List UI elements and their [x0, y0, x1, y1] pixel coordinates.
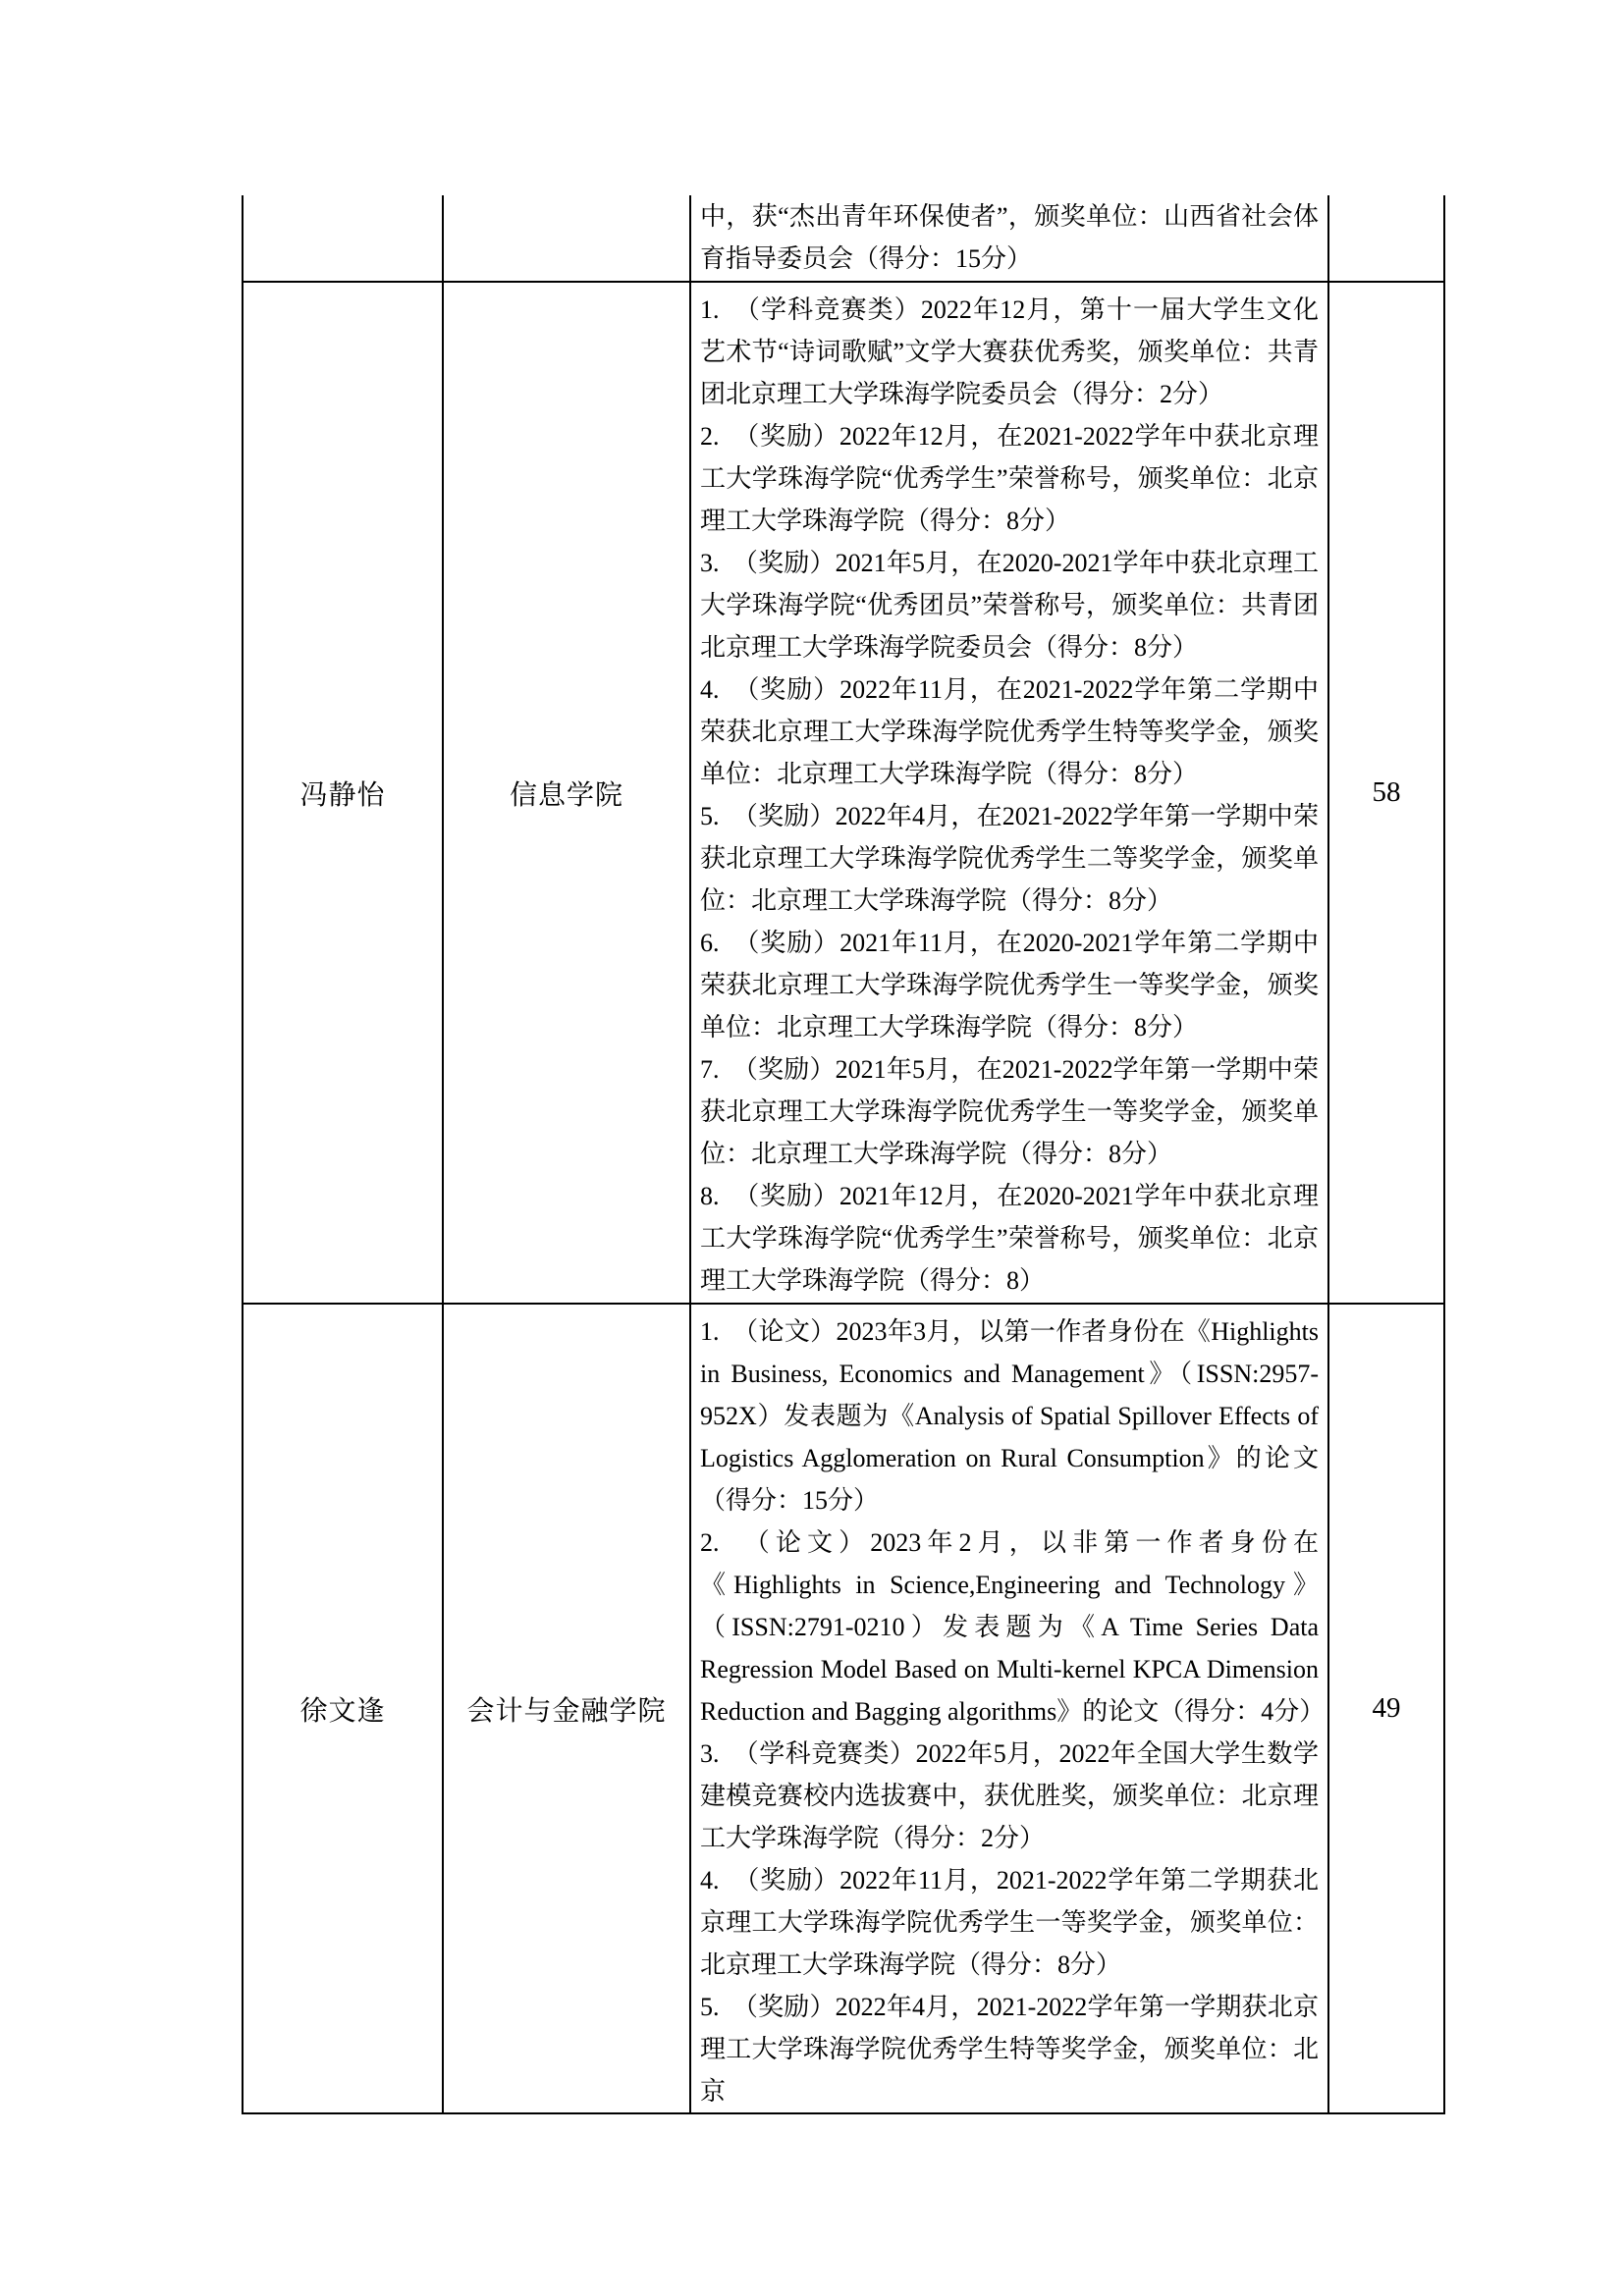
- achievement-item: 7. （奖励）2021年5月，在2021-2022学年第一学期中荣获北京理工大学…: [700, 1048, 1319, 1175]
- content-cell: 1. （论文）2023年3月，以第一作者身份在《Highlights in Bu…: [690, 1304, 1328, 2113]
- achievement-item: 4. （奖励）2022年11月，2021-2022学年第二学期获北京理工大学珠海…: [700, 1859, 1319, 1986]
- achievement-item: 5. （奖励）2022年4月，2021-2022学年第一学期获北京理工大学珠海学…: [700, 1986, 1319, 2112]
- achievement-item: 中，获“杰出青年环保使者”，颁奖单位：山西省社会体育指导委员会（得分：15分）: [700, 195, 1319, 280]
- name-cell: 徐文逢: [243, 1304, 443, 2113]
- score-cell: 49: [1328, 1304, 1444, 2113]
- achievement-item: 8. （奖励）2021年12月，在2020-2021学年中获北京理工大学珠海学院…: [700, 1175, 1319, 1302]
- achievement-item: 2. （论文）2023年2月，以非第一作者身份在《Highlights in S…: [700, 1522, 1319, 1733]
- table-row: 冯静怡 信息学院 1. （学科竞赛类）2022年12月，第十一届大学生文化艺术节…: [243, 282, 1444, 1304]
- score-cell: 58: [1328, 282, 1444, 1304]
- achievement-item: 6. （奖励）2021年11月，在2020-2021学年第二学期中荣获北京理工大…: [700, 922, 1319, 1048]
- college-cell: 会计与金融学院: [443, 1304, 690, 2113]
- score-cell: [1328, 195, 1444, 282]
- content-cell: 中，获“杰出青年环保使者”，颁奖单位：山西省社会体育指导委员会（得分：15分）: [690, 195, 1328, 282]
- achievement-item: 2. （奖励）2022年12月，在2021-2022学年中获北京理工大学珠海学院…: [700, 415, 1319, 542]
- name-cell: [243, 195, 443, 282]
- achievement-item: 1. （学科竞赛类）2022年12月，第十一届大学生文化艺术节“诗词歌赋”文学大…: [700, 289, 1319, 415]
- document-page: 中，获“杰出青年环保使者”，颁奖单位：山西省社会体育指导委员会（得分：15分） …: [0, 0, 1624, 2296]
- achievement-item: 5. （奖励）2022年4月，在2021-2022学年第一学期中荣获北京理工大学…: [700, 795, 1319, 922]
- achievement-item: 3. （学科竞赛类）2022年5月，2022年全国大学生数学建模竞赛校内选拔赛中…: [700, 1733, 1319, 1859]
- table-row: 徐文逢 会计与金融学院 1. （论文）2023年3月，以第一作者身份在《High…: [243, 1304, 1444, 2113]
- content-cell: 1. （学科竞赛类）2022年12月，第十一届大学生文化艺术节“诗词歌赋”文学大…: [690, 282, 1328, 1304]
- achievement-item: 1. （论文）2023年3月，以第一作者身份在《Highlights in Bu…: [700, 1310, 1319, 1522]
- achievement-item: 4. （奖励）2022年11月，在2021-2022学年第二学期中荣获北京理工大…: [700, 668, 1319, 795]
- name-cell: 冯静怡: [243, 282, 443, 1304]
- achievement-item: 3. （奖励）2021年5月，在2020-2021学年中获北京理工大学珠海学院“…: [700, 542, 1319, 668]
- table-row: 中，获“杰出青年环保使者”，颁奖单位：山西省社会体育指导委员会（得分：15分）: [243, 195, 1444, 282]
- college-cell: 信息学院: [443, 282, 690, 1304]
- college-cell: [443, 195, 690, 282]
- achievement-table: 中，获“杰出青年环保使者”，颁奖单位：山西省社会体育指导委员会（得分：15分） …: [242, 195, 1445, 2114]
